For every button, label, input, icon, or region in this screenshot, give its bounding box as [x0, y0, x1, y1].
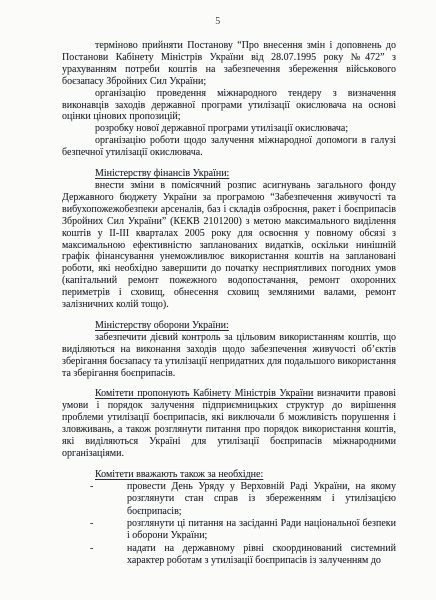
heading-ministry-of-finance-label: Міністерству фінансів України: — [95, 168, 229, 179]
necessity-list: - провести День Уряду у Верховній Раді У… — [62, 481, 396, 568]
page-number: 5 — [0, 16, 436, 27]
list-item-systemic-character: - надати на державному рівні скоординова… — [127, 543, 396, 568]
paragraph-budget-changes: внести зміни в помісячний розпис асигнув… — [62, 180, 396, 311]
paragraph-tender-organization: організацію проведення міжнародного тенд… — [62, 88, 396, 124]
list-item-text: розглянути ці питання на засіданні Ради … — [127, 518, 396, 541]
paragraph-international-aid: організацію роботи щодо залучення міжнар… — [62, 135, 396, 159]
list-dash: - — [90, 518, 93, 530]
heading-ministry-of-defense: Міністерству оборони України: — [62, 320, 396, 332]
paragraph-urgent-resolution: терміново прийняти Постанову “Про внесен… — [62, 40, 396, 88]
list-dash: - — [90, 543, 93, 555]
heading-committees-consider-necessary: Комітети вважають також за необхідне: — [62, 469, 396, 481]
paragraph-committees-propose-lead: Комітети пропонують Кабінету Міністрів У… — [95, 388, 313, 399]
heading-ministry-of-finance: Міністерству фінансів України: — [62, 168, 396, 180]
list-dash: - — [90, 481, 93, 493]
paragraph-new-program: розробку нової державної програми утиліз… — [62, 123, 396, 135]
document-page: 5 терміново прийняти Постанову “Про внес… — [0, 0, 436, 600]
paragraph-funds-control: забезпечити дієвий контроль за цільовим … — [62, 332, 396, 380]
heading-committees-consider-necessary-label: Комітети вважають також за необхідне: — [95, 469, 263, 480]
list-item-security-council: - розглянути ці питання на засіданні Рад… — [127, 518, 396, 543]
paragraph-committees-propose: Комітети пропонують Кабінету Міністрів У… — [62, 388, 396, 459]
document-content: терміново прийняти Постанову “Про внесен… — [62, 40, 396, 568]
list-item-text: надати на державному рівні скоординовани… — [127, 543, 396, 566]
list-item-government-day: - провести День Уряду у Верховній Раді У… — [127, 481, 396, 518]
heading-ministry-of-defense-label: Міністерству оборони України: — [95, 320, 229, 331]
list-item-text: провести День Уряду у Верховній Раді Укр… — [127, 481, 396, 517]
